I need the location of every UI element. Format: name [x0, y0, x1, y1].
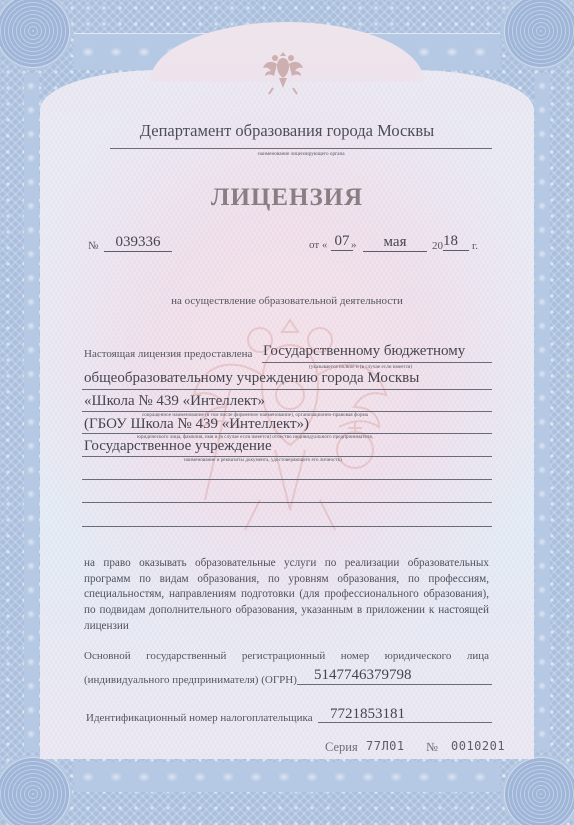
ogrn-label-row: Основной государственный регистрационный…	[84, 650, 489, 662]
date-month: мая	[363, 234, 427, 252]
series-value: 77Л01	[366, 739, 405, 753]
licensee-line-1: Государственному бюджетному	[263, 343, 465, 360]
blank-number-value: 0010201	[451, 739, 505, 753]
ogrn-label-line-1: Основной государственный регистрационный…	[84, 650, 489, 662]
date-day: 07	[331, 233, 353, 251]
border-band-right	[535, 74, 550, 751]
licensee-line-2: общеобразовательному учреждению города М…	[84, 370, 419, 387]
coat-of-arms-icon	[259, 48, 307, 96]
blank-line	[82, 502, 492, 503]
document-title: ЛИЦЕНЗИЯ	[0, 184, 574, 212]
date-year-suffix: г.	[472, 240, 478, 252]
granted-label: Настоящая лицензия предоставлена	[84, 348, 252, 360]
issuer-hint: наименование лицензирующего органа	[258, 151, 345, 157]
corner-rosette-icon	[502, 755, 574, 825]
date-day-suffix: »	[351, 239, 357, 251]
ogrn-value: 5147746379798	[314, 667, 412, 684]
blank-line	[82, 526, 492, 527]
date-year-prefix: 20	[432, 240, 443, 252]
date-year: 18	[443, 233, 469, 251]
blank-line	[82, 479, 492, 480]
inn-label: Идентификационный номер налогоплательщик…	[86, 712, 313, 724]
date-prefix: от «	[309, 239, 327, 251]
border-band-left	[24, 74, 39, 751]
line-rule	[82, 389, 492, 390]
license-number: 039336	[104, 234, 172, 252]
rights-paragraph: на право оказывать образовательные услуг…	[84, 556, 489, 650]
licensee-line-5: Государственное учреждение	[84, 438, 272, 455]
line-rule	[262, 362, 492, 363]
border-band-bottom	[74, 762, 500, 792]
inn-value: 7721853181	[330, 706, 405, 723]
blank-number-label: №	[426, 740, 438, 755]
series-label: Серия	[325, 740, 358, 755]
ogrn-underline	[297, 684, 492, 685]
number-label: №	[88, 240, 99, 252]
ogrn-label-line-2: (индивидуального предпринимателя) (ОГРН)	[84, 674, 297, 686]
licensee-line-4: (ГБОУ Школа № 439 «Интеллект»)	[84, 416, 309, 433]
issuer-underline	[110, 148, 492, 149]
license-document: Департамент образования города Москвы на…	[0, 0, 574, 825]
license-subject: на осуществление образовательной деятель…	[0, 295, 574, 307]
hint-4: наименование и реквизиты документа, удос…	[184, 457, 342, 463]
licensee-line-3: «Школа № 439 «Интеллект»	[84, 393, 265, 410]
inn-underline	[318, 722, 492, 723]
issuer-name: Департамент образования города Москвы	[0, 121, 574, 141]
